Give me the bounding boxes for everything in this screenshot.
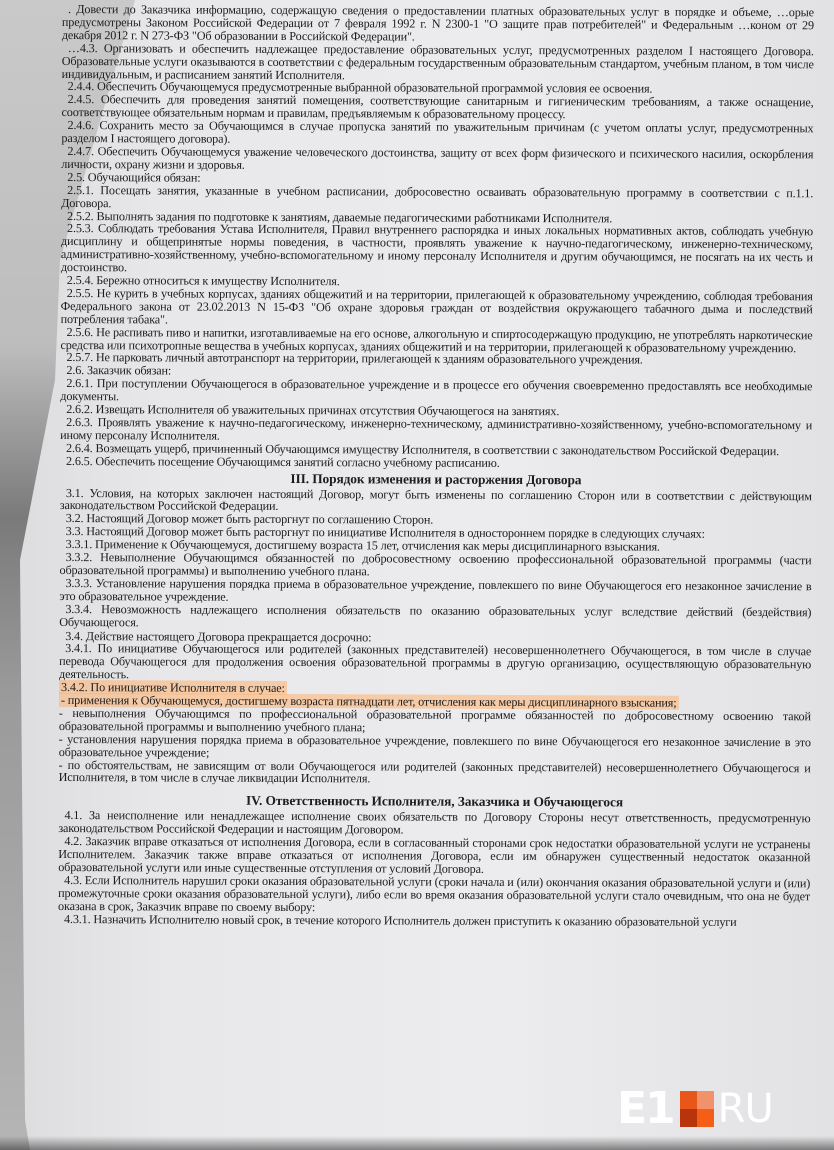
section-3-heading: III. Порядок изменения и расторжения Дог… (60, 472, 812, 488)
clause-2-5-3: 2.5.3. Соблюдать требования Устава Испол… (61, 222, 813, 277)
clause-2-4-3: …4.3. Организовать и обеспечить надлежащ… (62, 42, 814, 84)
logo-brand-text: E1 (617, 1090, 674, 1128)
section-3: III. Порядок изменения и расторжения Дог… (59, 472, 812, 788)
logo-suffix-text: RU (718, 1090, 773, 1128)
bottom-shadow (0, 1136, 834, 1150)
section-2-obligations: . Довести до Заказчика информацию, содер… (60, 3, 814, 471)
clause-3-4-2-bullet-4: - по обстоятельствам, не зависящим от во… (59, 759, 811, 788)
clause-2-5-5: 2.5.5. Не курить в учебных корпусах, зда… (61, 287, 813, 329)
clause-4-3: 4.3. Если Исполнитель нарушил сроки оказ… (58, 874, 810, 916)
clause-3-3-4: 3.3.4. Невозможность надлежащего исполне… (59, 603, 811, 632)
section-4: IV. Ответственность Исполнителя, Заказчи… (58, 794, 811, 928)
clause-2-4-2: . Довести до Заказчика информацию, содер… (62, 3, 814, 45)
clause-3-4-1: 3.4.1. По инициативе Обучающегося или ро… (59, 642, 811, 684)
logo-square-icon (680, 1091, 714, 1127)
clause-3-4-2-bullet-3: - установления нарушения порядка приема … (59, 733, 811, 762)
clause-2-5-1: 2.5.1. Посещать занятия, указанные в уче… (61, 184, 813, 213)
clause-4-2: 4.2. Заказчик вправе отказаться от испол… (58, 835, 810, 877)
e1-watermark-logo: E1 RU (617, 1090, 817, 1128)
contract-document: . Довести до Заказчика информацию, содер… (58, 3, 814, 929)
